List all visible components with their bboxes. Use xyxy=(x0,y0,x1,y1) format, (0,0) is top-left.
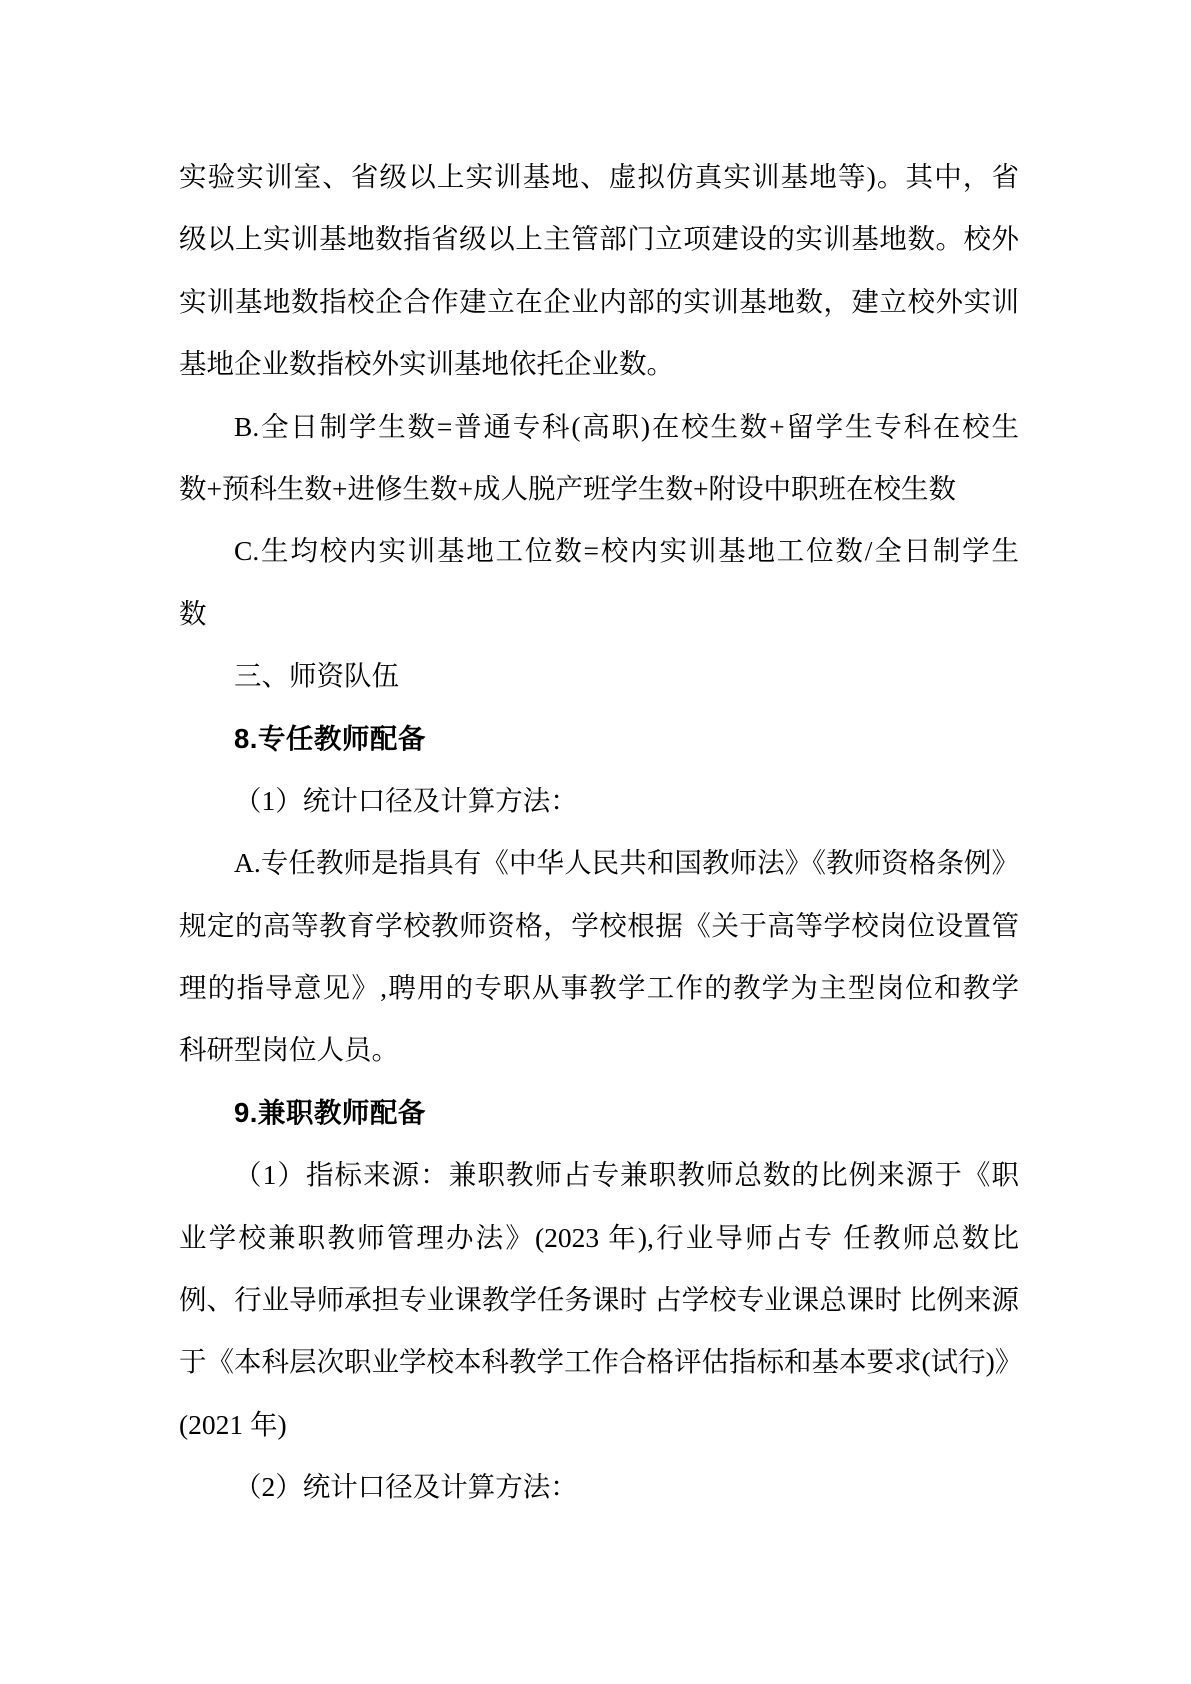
text-line: B.全日制学生数=普通专科(高职)在校生数+留学生专科在校生 xyxy=(179,396,1019,458)
text-line: 实验实训室、省级以上实训基地、虚拟仿真实训基地等)。其中，省 xyxy=(179,146,1019,208)
text-line: 实训基地数指校企合作建立在企业内部的实训基地数，建立校外实训 xyxy=(179,271,1019,333)
text-line: 例、行业导师承担专业课教学任务课时 占学校专业课总课时 比例来源 xyxy=(179,1269,1019,1331)
text-line: 数 xyxy=(179,583,1019,645)
text-line: (2021 年) xyxy=(179,1394,1019,1456)
text-line: 数+预科生数+进修生数+成人脱产班学生数+附设中职班在校生数 xyxy=(179,458,1019,520)
text-line: 科研型岗位人员。 xyxy=(179,1019,1019,1081)
text-line: （2）统计口径及计算方法： xyxy=(179,1456,1019,1518)
text-line: 于《本科层次职业学校本科教学工作合格评估指标和基本要求(试行)》 xyxy=(179,1331,1019,1393)
document-body: 实验实训室、省级以上实训基地、虚拟仿真实训基地等)。其中，省 级以上实训基地数指… xyxy=(179,146,1019,1519)
heading-item-8: 8.专任教师配备 xyxy=(179,708,1019,770)
text-line: （1）指标来源：兼职教师占专兼职教师总数的比例来源于《职 xyxy=(179,1144,1019,1206)
text-line: （1）统计口径及计算方法： xyxy=(179,770,1019,832)
text-line: 级以上实训基地数指省级以上主管部门立项建设的实训基地数。校外 xyxy=(179,208,1019,270)
text-line: A.专任教师是指具有《中华人民共和国教师法》《教师资格条例》 xyxy=(179,832,1019,894)
document-page: 实验实训室、省级以上实训基地、虚拟仿真实训基地等)。其中，省 级以上实训基地数指… xyxy=(0,0,1191,1684)
section-heading: 三、师资队伍 xyxy=(179,645,1019,707)
text-line: C.生均校内实训基地工位数=校内实训基地工位数/全日制学生 xyxy=(179,520,1019,582)
text-line: 规定的高等教育学校教师资格，学校根据《关于高等学校岗位设置管 xyxy=(179,895,1019,957)
text-line: 业学校兼职教师管理办法》(2023 年),行业导师占专 任教师总数比 xyxy=(179,1207,1019,1269)
heading-item-9: 9.兼职教师配备 xyxy=(179,1082,1019,1144)
text-line: 理的指导意见》,聘用的专职从事教学工作的教学为主型岗位和教学 xyxy=(179,957,1019,1019)
text-line: 基地企业数指校外实训基地依托企业数。 xyxy=(179,333,1019,395)
